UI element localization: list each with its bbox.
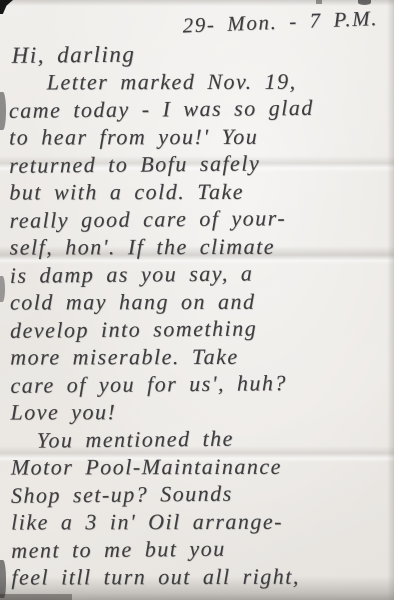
paper-stain (316, 0, 322, 4)
paper-top-shadow (0, 0, 394, 6)
letter-line: Motor Pool-Maintainance (11, 452, 393, 480)
letter-line: to hear from you!' You (9, 122, 391, 150)
paper-stain (0, 594, 72, 600)
letter-line: Love you! (10, 397, 392, 425)
letter-line: Shop set-up? Sounds (11, 478, 393, 509)
letter-body: Hi, darling Letter marked Nov. 19, came … (9, 39, 394, 591)
letter-line: care of you for us', huh? (10, 368, 392, 399)
paper-stain (0, 0, 13, 14)
letter-line: came today - I was so glad (9, 93, 391, 124)
scanned-letter-page: 29- Mon. - 7 P.M. Hi, darling Letter mar… (0, 0, 394, 600)
paper-stain (0, 276, 5, 302)
letter-line: more miserable. Take (10, 342, 392, 370)
greeting-line: Hi, darling (9, 38, 391, 69)
letter-line: You mentioned the (11, 423, 393, 454)
letter-line: develop into something (10, 313, 392, 344)
letter-line: ment to me but you (11, 533, 393, 564)
letter-line: is damp as you say, a (10, 258, 392, 289)
letter-line: feel itll turn out all right, (11, 562, 393, 591)
letter-paper: 29- Mon. - 7 P.M. Hi, darling Letter mar… (0, 0, 394, 600)
paper-stain (0, 92, 6, 130)
letter-line: self, hon'. If the climate (10, 232, 392, 261)
letter-line: Letter marked Nov. 19, (9, 67, 391, 95)
date-line: 29- Mon. - 7 P.M. (183, 6, 379, 38)
letter-line: cold may hang on and (10, 287, 392, 316)
paper-stain (358, 0, 371, 5)
letter-line: like a 3 in' Oil arrange- (11, 507, 393, 535)
letter-line: returned to Bofu safely (9, 148, 391, 179)
letter-line: really good care of your- (9, 203, 391, 234)
letter-line: but with a cold. Take (9, 177, 391, 206)
paper-stain (0, 560, 6, 598)
